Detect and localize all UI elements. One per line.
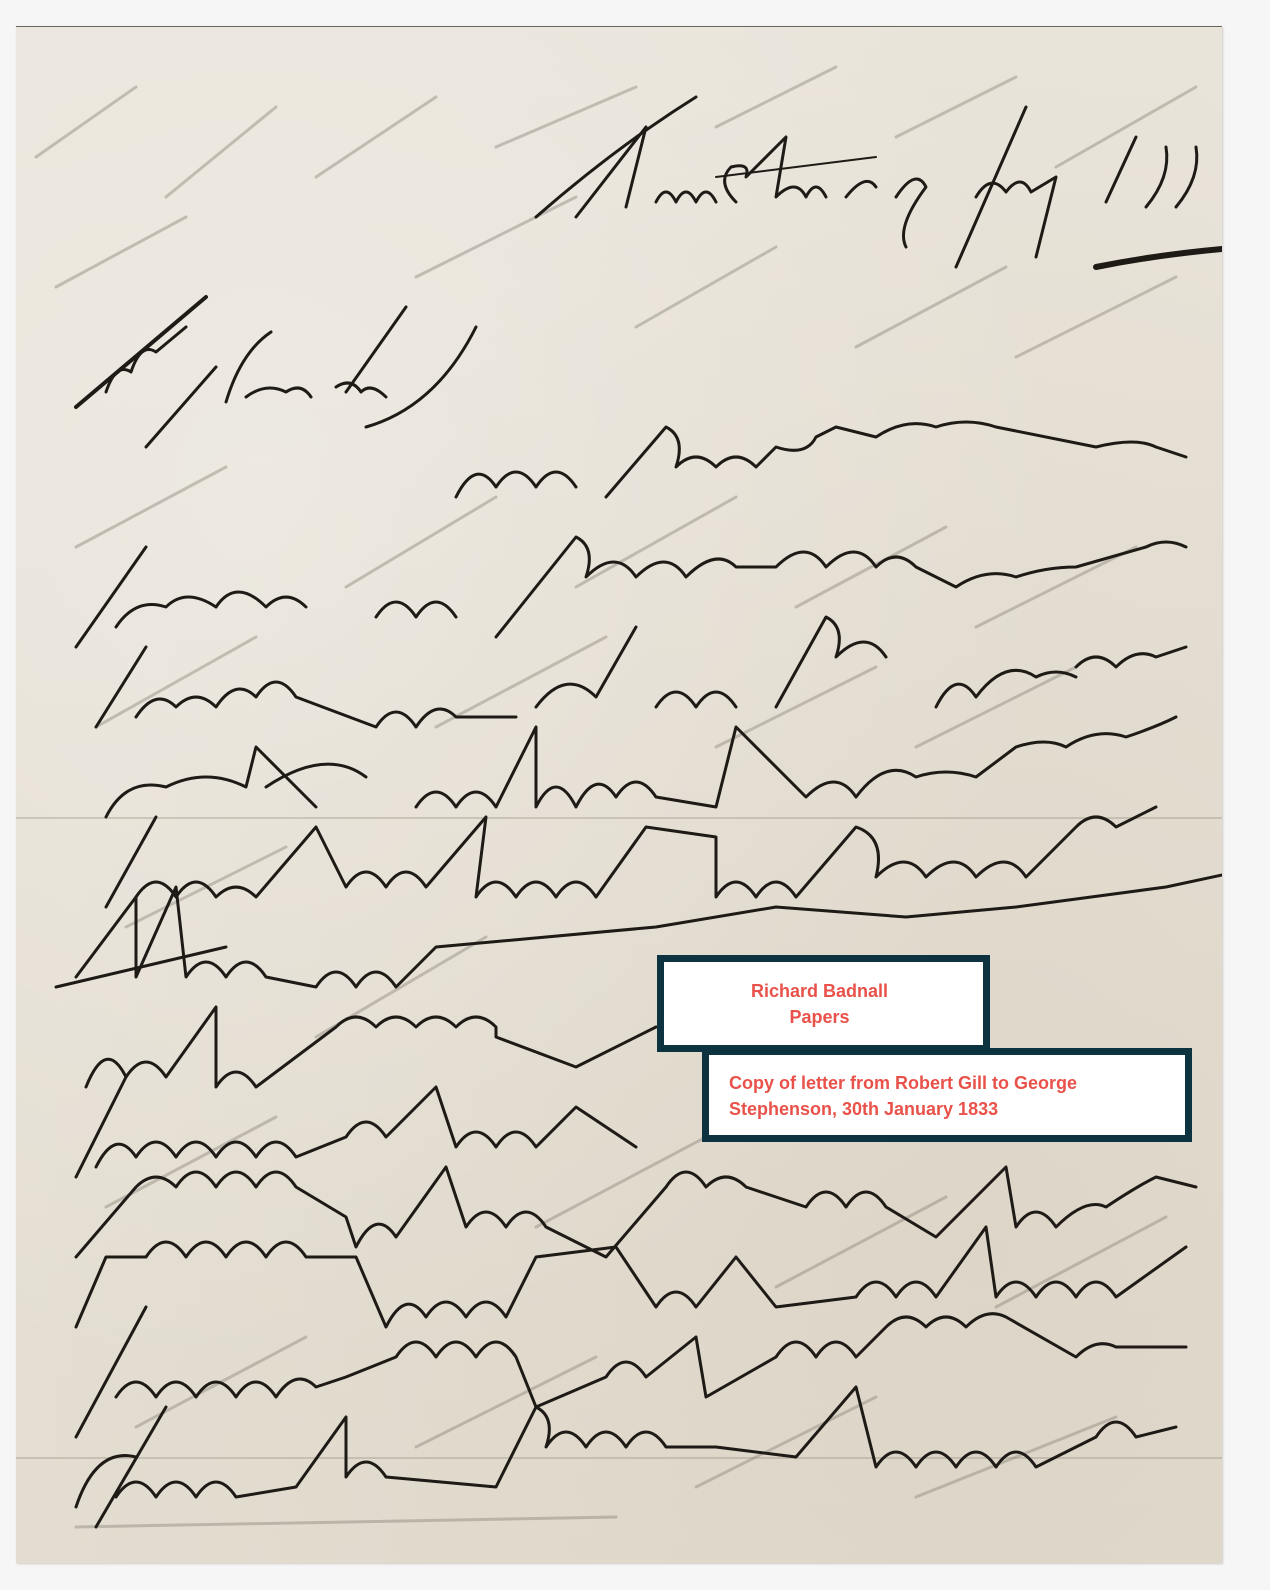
collection-name-line1: Richard Badnall bbox=[664, 978, 975, 1004]
letter-page: Manchester 30 Jany 1833 My dear Sir Sinc… bbox=[16, 26, 1222, 1563]
collection-label: Richard Badnall Papers bbox=[657, 955, 990, 1052]
collection-name-line2: Papers bbox=[664, 1004, 975, 1030]
description-line2: Stephenson, 30th January 1833 bbox=[729, 1096, 1185, 1122]
item-description-label: Copy of letter from Robert Gill to Georg… bbox=[702, 1048, 1192, 1142]
handwriting-strokes bbox=[16, 27, 1222, 1563]
description-line1: Copy of letter from Robert Gill to Georg… bbox=[729, 1070, 1185, 1096]
